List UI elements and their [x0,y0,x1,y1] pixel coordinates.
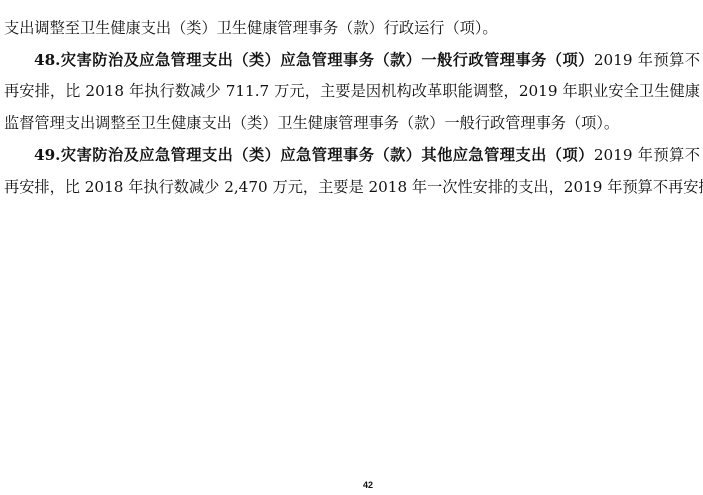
item-heading: 灾害防治及应急管理支出（类）应急管理事务（款）一般行政管理事务（项） [60,51,593,69]
page-number: 42 [0,480,703,490]
item-number: 49. [34,146,60,164]
paragraph-line: 监督管理支出调整至卫生健康支出（类）卫生健康管理事务（款）一般行政管理事务（项）… [4,113,700,133]
paragraph-49-heading-line: 49.灾害防治及应急管理支出（类）应急管理事务（款）其他应急管理支出（项）201… [34,145,700,165]
paragraph-text: 2019 年预算不 [594,51,700,69]
paragraph-line: 支出调整至卫生健康支出（类）卫生健康管理事务（款）行政运行（项）。 [4,18,700,38]
paragraph-text: 2019 年预算不 [594,146,700,164]
item-heading: 灾害防治及应急管理支出（类）应急管理事务（款）其他应急管理支出（项） [60,146,593,164]
paragraph-48-heading-line: 48.灾害防治及应急管理支出（类）应急管理事务（款）一般行政管理事务（项）201… [34,50,700,70]
paragraph-line: 再安排，比 2018 年执行数减少 711.7 万元，主要是因机构改革职能调整，… [4,81,700,101]
item-number: 48. [34,51,60,69]
paragraph-line: 再安排，比 2018 年执行数减少 2,470 万元，主要是 2018 年一次性… [4,177,700,197]
